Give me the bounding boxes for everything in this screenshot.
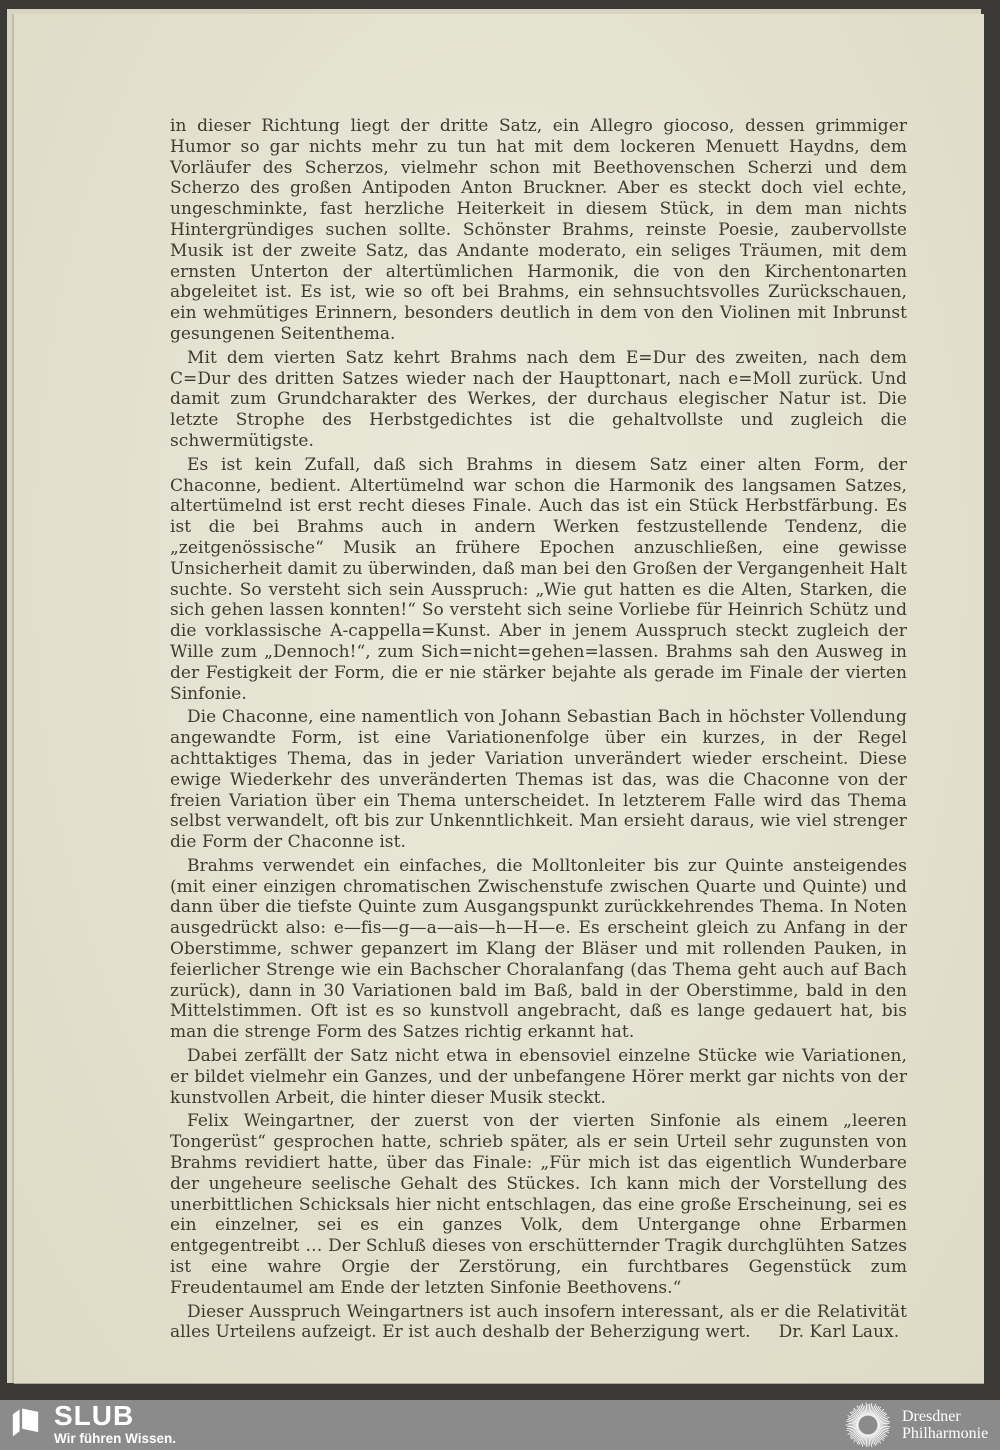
paragraph: Felix Weingartner, der zuerst von der vi… <box>170 1111 907 1298</box>
open-book-icon <box>12 1403 39 1439</box>
slub-tagline: Wir führen Wissen. <box>54 1431 176 1446</box>
slub-wordmark: SLUB Wir führen Wissen. <box>54 1403 176 1446</box>
scanned-page: in dieser Richtung liegt der dritte Satz… <box>14 14 984 1384</box>
paragraph-with-signature: Dieser Ausspruch Weingartners ist auch i… <box>170 1302 907 1344</box>
paragraph: Es ist kein Zufall, daß sich Brahms in d… <box>170 455 907 705</box>
slub-logo: SLUB Wir führen Wissen. <box>12 1403 176 1446</box>
watermark-footer-band: SLUB Wir führen Wissen. Dresdner Philhar… <box>0 1400 1000 1450</box>
philharmonie-name-line2: Philharmonie <box>902 1425 988 1443</box>
document-text-block: in dieser Richtung liegt der dritte Satz… <box>170 116 907 1346</box>
paragraph: in dieser Richtung liegt der dritte Satz… <box>170 116 907 345</box>
philharmonie-name-line1: Dresdner <box>902 1408 988 1426</box>
paragraph: Die Chaconne, eine namentlich von Johann… <box>170 707 907 853</box>
paragraph: Brahms verwendet ein einfaches, die Moll… <box>170 856 907 1043</box>
slub-name: SLUB <box>54 1403 176 1429</box>
paragraph: Mit dem vierten Satz kehrt Brahms nach d… <box>170 348 907 452</box>
paragraph: Dabei zerfällt der Satz nicht etwa in eb… <box>170 1046 907 1108</box>
starburst-icon <box>844 1401 892 1449</box>
author-signature: Dr. Karl Laux. <box>751 1322 900 1342</box>
philharmonie-wordmark: Dresdner Philharmonie <box>902 1408 988 1443</box>
dresdner-philharmonie-logo: Dresdner Philharmonie <box>844 1400 988 1450</box>
